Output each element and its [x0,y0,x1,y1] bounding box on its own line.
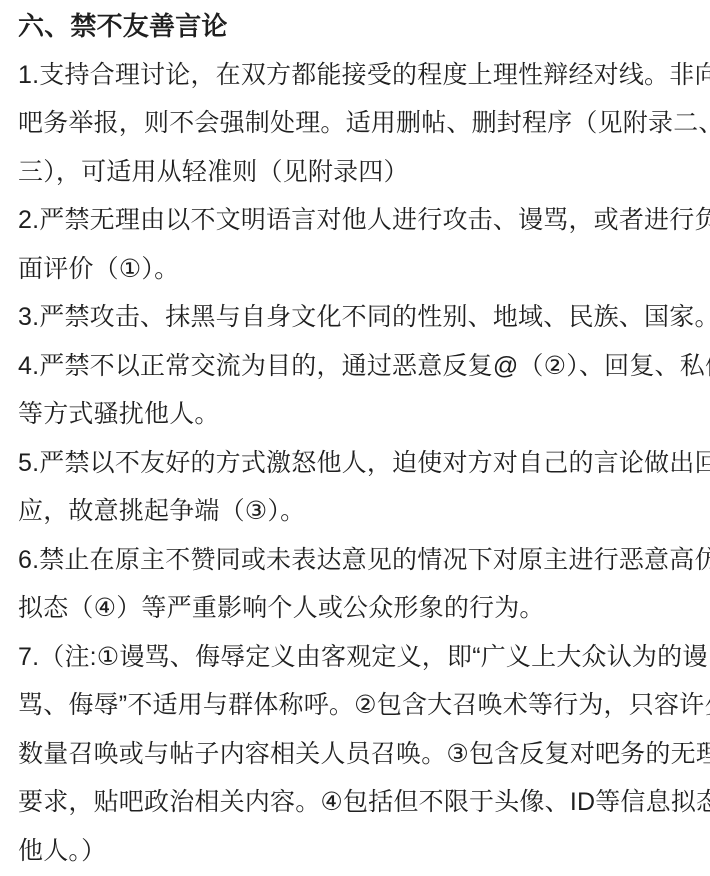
rule-3-line-1: 3.严禁攻击、抹黑与自身文化不同的性别、地域、民族、国家。 [18,293,694,342]
rule-4-line-2: 等方式骚扰他人。 [18,390,694,439]
rule-1-line-1: 1.支持合理讨论，在双方都能接受的程度上理性辩经对线。非向 [18,51,694,100]
rule-7-line-1: 7.（注:①谩骂、侮辱定义由客观定义，即“广义上大众认为的谩 [18,633,694,682]
document-page: 六、禁不友善言论 1.支持合理讨论，在双方都能接受的程度上理性辩经对线。非向 吧… [0,0,710,875]
rule-6-line-2: 拟态（④）等严重影响个人或公众形象的行为。 [18,584,694,633]
section-title: 六、禁不友善言论 [18,2,694,51]
rule-6-line-1: 6.禁止在原主不赞同或未表达意见的情况下对原主进行恶意高仿 [18,536,694,585]
rule-2-line-1: 2.严禁无理由以不文明语言对他人进行攻击、谩骂，或者进行负 [18,196,694,245]
rule-7-line-3: 数量召唤或与帖子内容相关人员召唤。③包含反复对吧务的无理 [18,730,694,779]
rule-7-line-4: 要求，贴吧政治相关内容。④包括但不限于头像、ID等信息拟态 [18,778,694,827]
rule-4-line-1: 4.严禁不以正常交流为目的，通过恶意反复@（②）、回复、私信 [18,342,694,391]
rule-7-line-5: 他人。） [18,827,694,876]
rule-2-line-2: 面评价（①）。 [18,245,694,294]
rule-1-line-2: 吧务举报，则不会强制处理。适用删帖、删封程序（见附录二、 [18,99,694,148]
rule-7-line-2: 骂、侮辱”不适用与群体称呼。②包含大召唤术等行为，只容许少 [18,681,694,730]
rule-5-line-2: 应，故意挑起争端（③）。 [18,487,694,536]
rule-1-line-3: 三），可适用从轻准则（见附录四） [18,148,694,197]
rule-5-line-1: 5.严禁以不友好的方式激怒他人，迫使对方对自己的言论做出回 [18,439,694,488]
